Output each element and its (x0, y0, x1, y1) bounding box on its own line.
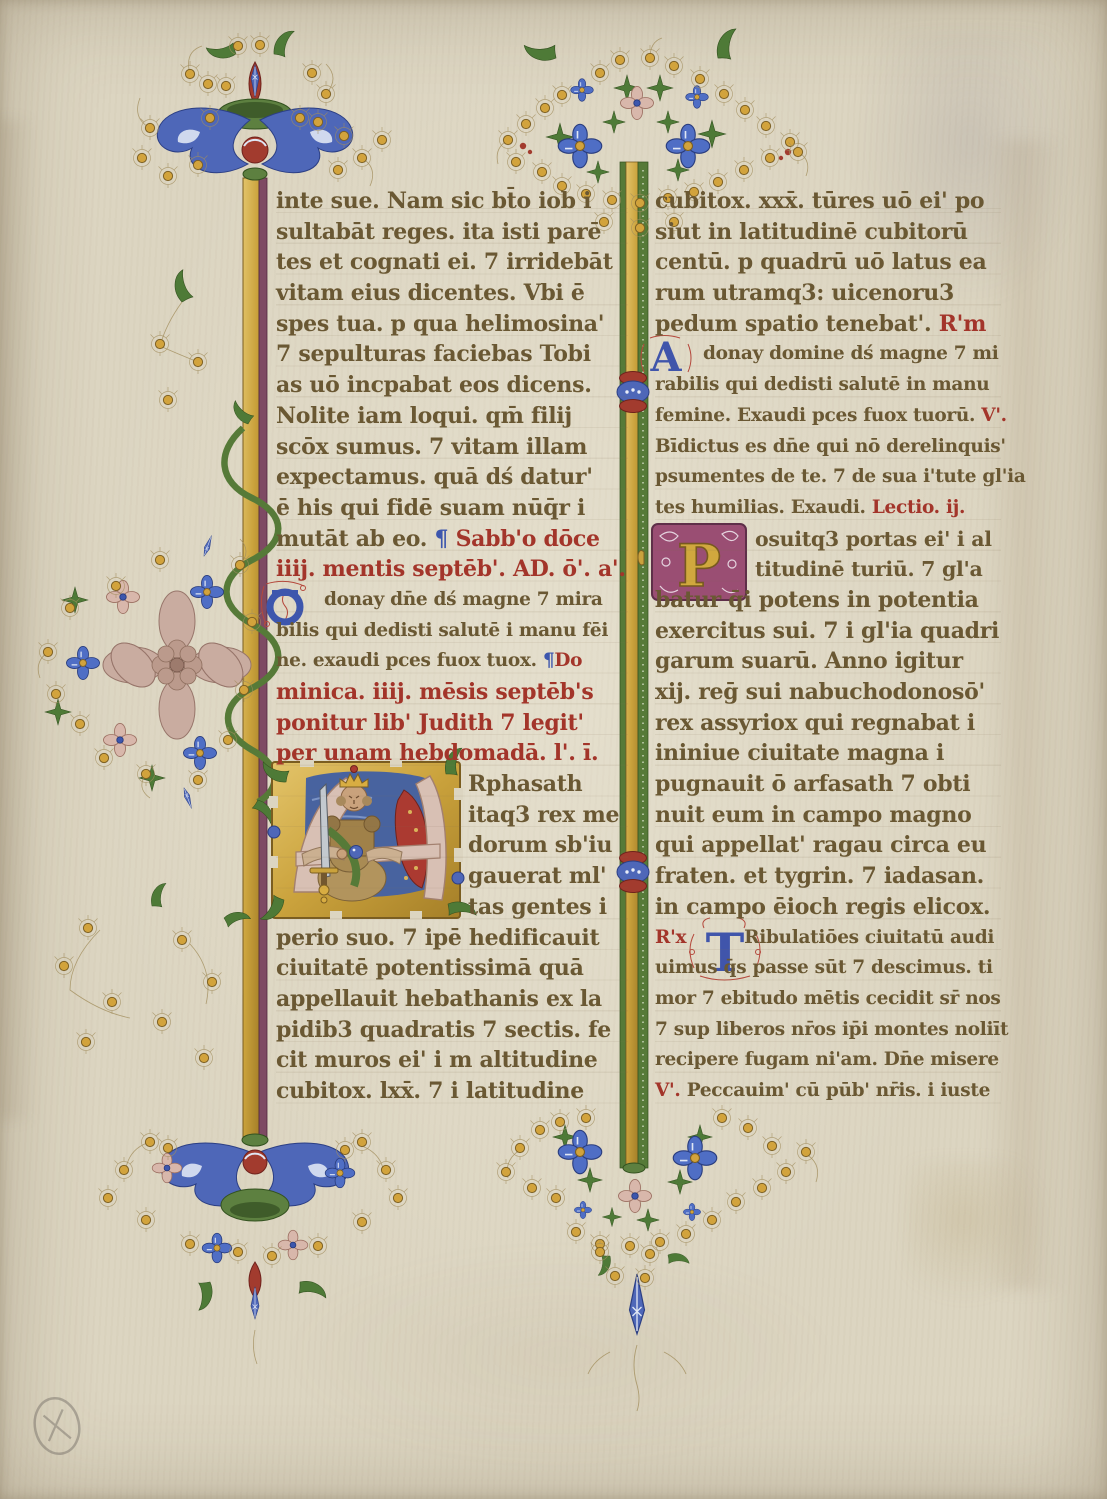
text-line: iiij. mentis septēb'. AD. ō'. a'. (276, 554, 628, 585)
margin-spray (160, 269, 200, 362)
text-line: pugnauit ō arfasath 7 obti (655, 769, 1001, 800)
text-line: mor 7 ebitudo mētis cecidit sr̄ nos (655, 984, 1001, 1015)
text-line: ne. exaudi pces fuox tuox. ¶Do (276, 646, 628, 677)
body-text: gauerat ml' (468, 863, 606, 889)
text-line: uimus q̄s passe sūt 7 descimus. ti (655, 953, 1001, 984)
body-text: exercitus sui. 7 i gl'ia quadri (655, 618, 999, 644)
body-text: ne. exaudi pces fuox tuox. (276, 650, 543, 671)
body-text: xij. reḡ sui nabuchodonosō' (655, 679, 985, 705)
border-bar-left (224, 178, 278, 1140)
margin-rosette-cluster (38, 535, 251, 810)
text-line: expectamus. quā dś datur' (276, 462, 628, 493)
rubric-text: R'x (655, 927, 686, 948)
body-text: nuit eum in campo magno (655, 802, 971, 828)
body-text: femine. Exaudi pces fuox tuorū. (655, 405, 981, 426)
body-text: sultabāt reges. ita isti parē (276, 219, 601, 245)
text-line: batur q̄i potens in potentia (655, 585, 1001, 616)
body-text: ciuitatē potentissimā quā (276, 955, 584, 981)
body-text: siut in latitudinē cubitorū (655, 219, 968, 245)
rubric-text: V'. (981, 405, 1007, 426)
text-line: cubitox. lxx̄. 7 i latitudine (276, 1076, 628, 1107)
body-text: mor 7 ebitudo mētis cecidit sr̄ nos (655, 988, 1001, 1009)
text-line: inte sue. Nam sic bt̄o iob i (276, 186, 628, 217)
text-line: tas gentes i (276, 892, 628, 923)
text-line: psumentes de te. 7 de sua i'tute gl'ia (655, 462, 1001, 493)
body-text: titudinē turiū. 7 gl'a (755, 557, 982, 581)
body-text: pedum spatio tenebat'. (655, 311, 939, 337)
body-text: in campo ēioch regis elicox. (655, 894, 990, 920)
body-text: as uō incpabat eos dicens. (276, 372, 592, 398)
text-line: mutāt ab eo. ¶ Sabb'o dōce (276, 524, 628, 555)
text-line: centū. p quadrū uō latus ea (655, 247, 1001, 278)
text-line: exercitus sui. 7 i gl'ia quadri (655, 616, 1001, 647)
body-text: itaq3 rex me (468, 802, 619, 828)
parchment-edge-shade (0, 120, 34, 1120)
text-line: V'. Peccauim' cū pūb' nr̄is. i iuste (655, 1076, 1001, 1107)
text-line: tes humilias. Exaudi. Lectio. ij. (655, 493, 1001, 524)
text-line: cubitox. xxx̄. tūres uō ei' po (655, 186, 1001, 217)
text-line: osuitq3 portas ei' i al (655, 524, 1001, 555)
text-line: donay domine dś magne 7 mi (655, 339, 1001, 370)
body-text: Ribulatiōes ciuitatū audi (744, 927, 994, 948)
body-text: Bīdictus es dn̄e qui nō derelinquis' (655, 436, 1006, 457)
parchment-stain (280, 1240, 840, 1470)
body-text: mutāt ab eo. (276, 526, 435, 552)
text-line: 7 sepulturas faciebas Tobi (276, 339, 628, 370)
text-line: R'xRibulatiōes ciuitatū audi (655, 923, 1001, 954)
text-line: nuit eum in campo magno (655, 800, 1001, 831)
body-text: pidib3 quadratis 7 sectis. fe (276, 1017, 611, 1043)
rubric-text: per unam hebdomadā. l'. ī. (276, 740, 598, 766)
body-text: garum suarū. Anno igitur (655, 648, 963, 674)
body-text: cubitox. lxx̄. 7 i latitudine (276, 1078, 584, 1104)
top-left-finial (138, 29, 373, 186)
text-line: Rphasath (276, 769, 628, 800)
text-line: fraten. et tygrin. 7 iadasan. (655, 861, 1001, 892)
text-line: ponitur lib' Judith 7 legit' (276, 708, 628, 739)
body-text: spes tua. p qua helimosina' (276, 311, 604, 337)
margin-spray (70, 881, 252, 1018)
text-line: itaq3 rex me (276, 800, 628, 831)
body-text: bilis qui dedisti salutē i manu fēi (276, 620, 608, 641)
body-text: Peccauim' cū pūb' nr̄is. i iuste (687, 1080, 990, 1101)
bottom-center-spray (507, 1125, 817, 1411)
text-line: garum suarū. Anno igitur (655, 646, 1001, 677)
text-line: donay dn̄e dś magne 7 mira (276, 585, 628, 616)
body-text: qui appellat' ragau circa eu (655, 832, 986, 858)
bottom-left-finial (126, 1134, 384, 1364)
text-line: vitam eius dicentes. Vbi ē (276, 278, 628, 309)
text-line: xij. reḡ sui nabuchodonosō' (655, 677, 1001, 708)
text-line: rabilis qui dedisti salutē in manu (655, 370, 1001, 401)
text-line: femine. Exaudi pces fuox tuorū. V'. (655, 401, 1001, 432)
body-text: tas gentes i (468, 894, 607, 920)
text-line: rum utramq3: uicenoru3 (655, 278, 1001, 309)
text-line: tes et cognati ei. 7 irridebāt (276, 247, 628, 278)
text-line: as uō incpabat eos dicens. (276, 370, 628, 401)
text-line: bilis qui dedisti salutē i manu fēi (276, 616, 628, 647)
text-line: Nolite iam loqui. qm̄ filij (276, 401, 628, 432)
collector-stamp (30, 1394, 85, 1458)
body-text: expectamus. quā dś datur' (276, 464, 593, 490)
rubric-text: minica. iiij. mēsis septēb's (276, 679, 593, 705)
body-text: psumentes de te. 7 de sua i'tute gl'ia (655, 466, 1026, 487)
text-line: titudinē turiū. 7 gl'a (655, 554, 1001, 585)
body-text: batur q̄i potens in potentia (655, 587, 979, 613)
text-line: cit muros ei' i m altitudine (276, 1045, 628, 1076)
body-text: tes humilias. Exaudi. (655, 497, 872, 518)
rubric-text: R'm (939, 311, 986, 337)
right-column: cubitox. xxx̄. tūres uō ei' posiut in la… (655, 186, 1001, 1111)
rubric-text: V'. (655, 1080, 687, 1101)
body-text: rabilis qui dedisti salutē in manu (655, 374, 989, 395)
parchment-stain (905, 1160, 1055, 1310)
text-line: gauerat ml' (276, 861, 628, 892)
vine (224, 428, 278, 802)
body-text: donay dn̄e dś magne 7 mira (324, 589, 603, 610)
body-text: inte sue. Nam sic bt̄o iob i (276, 188, 591, 214)
left-column: inte sue. Nam sic bt̄o iob isultabāt reg… (276, 186, 628, 1111)
rubric-text: iiij. mentis septēb'. AD. ō'. a'. (276, 556, 626, 582)
text-line: pedum spatio tenebat'. R'm (655, 309, 1001, 340)
body-text: centū. p quadrū uō latus ea (655, 249, 986, 275)
body-text: Nolite iam loqui. qm̄ filij (276, 403, 572, 429)
body-text: ē his qui fidē suam nūq̄r i (276, 495, 585, 521)
body-text: dorum sb'iu (468, 832, 612, 858)
text-line: scōx sumus. 7 vitam illam (276, 432, 628, 463)
paraph-mark: ¶ (543, 650, 554, 671)
body-text: rum utramq3: uicenoru3 (655, 280, 954, 306)
text-line: qui appellat' ragau circa eu (655, 830, 1001, 861)
body-text: 7 sup liberos nr̄os ip̄i montes noliīt (655, 1019, 1008, 1040)
text-line: appellauit hebathanis ex la (276, 984, 628, 1015)
text-line: rex assyriox qui regnabat i (655, 708, 1001, 739)
text-line: perio suo. 7 ipē hedificauit (276, 923, 628, 954)
body-text: uimus q̄s passe sūt 7 descimus. ti (655, 957, 993, 978)
body-text: rex assyriox qui regnabat i (655, 710, 975, 736)
text-line: spes tua. p qua helimosina' (276, 309, 628, 340)
body-text: perio suo. 7 ipē hedificauit (276, 925, 599, 951)
manuscript-page: P A T (0, 0, 1107, 1499)
text-line: recipere fugam ni'am. Dn̄e misere (655, 1045, 1001, 1076)
text-line: ciuitatē potentissimā quā (276, 953, 628, 984)
rubric-text: Do (554, 650, 582, 671)
body-text: ininiue ciuitate magna i (655, 740, 944, 766)
text-line: Bīdictus es dn̄e qui nō derelinquis' (655, 432, 1001, 463)
body-text: osuitq3 portas ei' i al (755, 527, 992, 551)
text-line: ē his qui fidē suam nūq̄r i (276, 493, 628, 524)
body-text: scōx sumus. 7 vitam illam (276, 434, 587, 460)
text-line: per unam hebdomadā. l'. ī. (276, 738, 628, 769)
rubric-text: Lectio. ij. (872, 497, 965, 518)
paraph-mark: ¶ (435, 526, 449, 552)
body-text: donay domine dś magne 7 mi (703, 343, 999, 364)
rosette-flower (103, 591, 251, 739)
body-text: Rphasath (468, 771, 582, 797)
body-text: pugnauit ō arfasath 7 obti (655, 771, 970, 797)
text-line: 7 sup liberos nr̄os ip̄i montes noliīt (655, 1015, 1001, 1046)
text-line: minica. iiij. mēsis septēb's (276, 677, 628, 708)
body-text: appellauit hebathanis ex la (276, 986, 602, 1012)
text-line: in campo ēioch regis elicox. (655, 892, 1001, 923)
text-line: siut in latitudinē cubitorū (655, 217, 1001, 248)
body-text: tes et cognati ei. 7 irridebāt (276, 249, 613, 275)
body-text: cubitox. xxx̄. tūres uō ei' po (655, 188, 984, 214)
body-text: recipere fugam ni'am. Dn̄e misere (655, 1049, 999, 1070)
text-line: sultabāt reges. ita isti parē (276, 217, 628, 248)
text-line: ininiue ciuitate magna i (655, 738, 1001, 769)
body-text: vitam eius dicentes. Vbi ē (276, 280, 585, 306)
top-center-canopy (497, 26, 808, 183)
body-text: fraten. et tygrin. 7 iadasan. (655, 863, 984, 889)
body-text: 7 sepulturas faciebas Tobi (276, 341, 591, 367)
stamp-x-mark (43, 1409, 71, 1443)
text-line: pidib3 quadratis 7 sectis. fe (276, 1015, 628, 1046)
rubric-text: ponitur lib' Judith 7 legit' (276, 710, 584, 736)
rubric-text: Sabb'o dōce (448, 526, 600, 552)
body-text: cit muros ei' i m altitudine (276, 1047, 597, 1073)
text-line: dorum sb'iu (276, 830, 628, 861)
